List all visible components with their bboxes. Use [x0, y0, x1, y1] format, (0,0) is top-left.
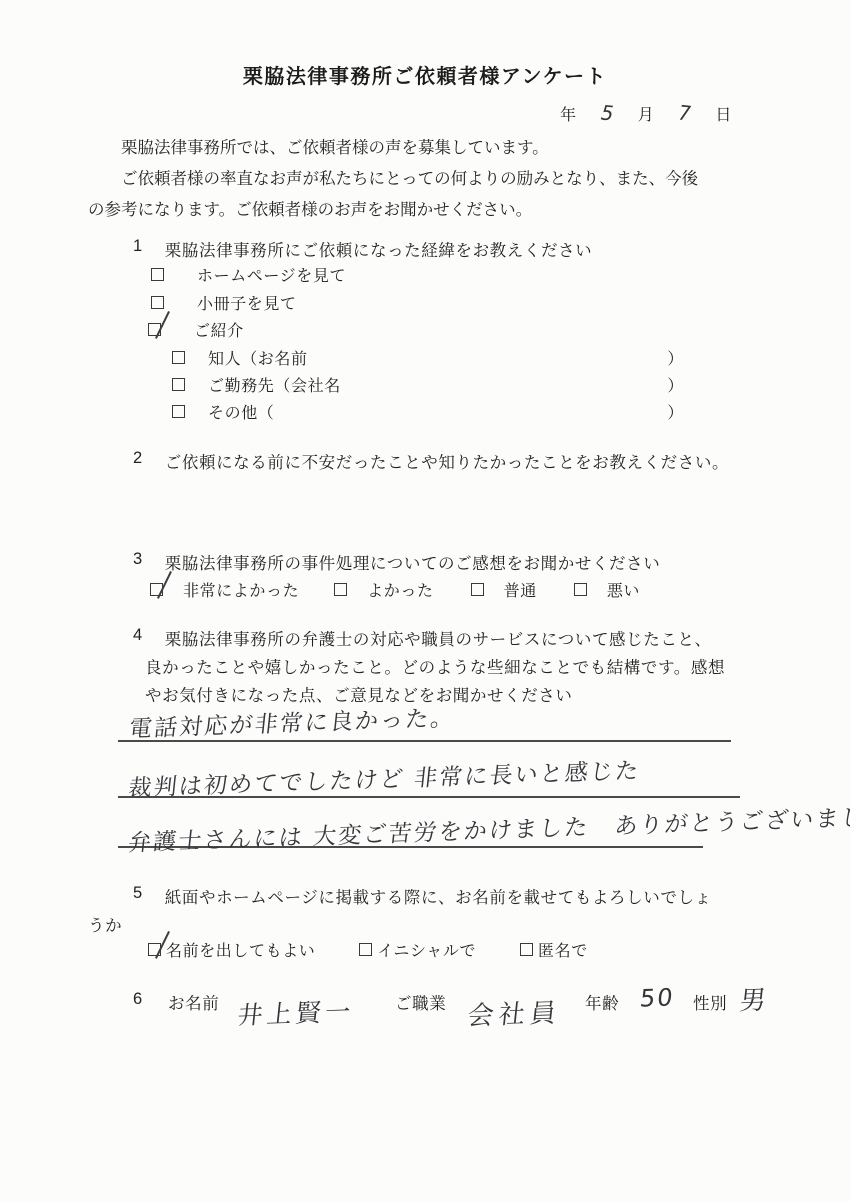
name-label: お名前 [168, 990, 219, 1014]
question-text-continued: うか [88, 912, 122, 936]
q4-answer-line-3: 弁護士さんには 大変ご苦労をかけました ありがとうございました。 [118, 804, 703, 848]
question-number: 6 [133, 990, 143, 1009]
question-number: 4 [133, 626, 143, 650]
date-year-label: 年 [560, 102, 577, 125]
option-label: イニシャルで [377, 938, 476, 961]
checkbox-unchecked [520, 943, 533, 956]
closing-paren: ） [667, 400, 684, 423]
option-label: 知人（お名前 [208, 346, 308, 369]
question-4-heading: 4 栗脇法律事務所の弁護士の対応や職員のサービスについて感じたこと、 [133, 626, 712, 650]
checkmark-icon [155, 311, 170, 339]
closing-paren: ） [667, 373, 684, 396]
handwritten-gender: 男 [738, 980, 768, 1018]
date-day-value: 7 [675, 100, 694, 125]
page-title: 栗脇法律事務所ご依頼者様アンケート [0, 60, 850, 89]
questionnaire-page: 栗脇法律事務所ご依頼者様アンケート 年 5 月 7 日 栗脇法律事務所では、ご依… [0, 0, 850, 1202]
q1-sub-option-employer: ご勤務先（会社名 ） [172, 373, 684, 395]
q4-answer-line-2: 裁判は初めてでしたけど 非常に長いと感じた [118, 754, 740, 798]
question-1-heading: 1 栗脇法律事務所にご依頼になった経緯をお教えください [133, 237, 592, 261]
question-2-heading: 2 ご依頼になる前に不安だったことや知りたかったことをお教えください。 [133, 449, 729, 473]
q1-option-booklet: 小冊子を見て [151, 291, 297, 313]
question-text: 紙面やホームページに掲載する際に、お名前を載せてもよろしいでしょ [165, 884, 712, 908]
handwritten-name: 井上賢一 [236, 992, 356, 1032]
option-label: 非常によかった [183, 578, 299, 601]
option-label: 匿名で [538, 938, 588, 961]
question-text: 栗脇法律事務所の事件処理についてのご感想をお聞かせください [165, 550, 661, 574]
age-label: 年齢 [585, 990, 619, 1014]
option-label: ホームページを見て [197, 263, 346, 286]
option-label: 名前を出してもよい [166, 938, 315, 961]
date-month-label: 月 [638, 102, 655, 125]
question-text-continued: 良かったことや嬉しかったこと。どのような些細なことでも結構です。感想 [145, 654, 725, 678]
checkbox-unchecked [151, 296, 164, 309]
option-label: 小冊子を見て [197, 291, 297, 314]
q4-answer-line-1: 電話対応が非常に良かった。 [118, 698, 731, 742]
question-5-heading: 5 紙面やホームページに掲載する際に、お名前を載せてもよろしいでしょ [133, 884, 712, 908]
option-label: その他（ [208, 400, 274, 423]
checkbox-unchecked [151, 268, 164, 281]
intro-line: 栗脇法律事務所では、ご依頼者様の声を募集しています。 [121, 133, 778, 164]
checkbox-unchecked [172, 378, 185, 391]
handwritten-answer: 裁判は初めてでしたけど 非常に長いと感じた [127, 752, 642, 803]
option-label: ご勤務先（会社名 [208, 373, 341, 396]
option-label: 悪い [607, 578, 640, 601]
gender-label: 性別 [693, 990, 727, 1014]
closing-paren: ） [667, 346, 684, 369]
checkbox-checked [150, 583, 163, 596]
question-3-heading: 3 栗脇法律事務所の事件処理についてのご感想をお聞かせください [133, 550, 660, 574]
checkbox-unchecked [574, 583, 587, 596]
intro-paragraph: 栗脇法律事務所では、ご依頼者様の声を募集しています。 ご依頼者様の率直なお声が私… [88, 133, 778, 226]
q1-option-homepage: ホームページを見て [151, 263, 346, 285]
q3-options: 非常によかった よかった 普通 悪い [150, 578, 640, 601]
question-number: 3 [133, 550, 143, 574]
question-number: 2 [133, 449, 143, 473]
q1-sub-option-acquaintance: 知人（お名前 ） [172, 346, 684, 368]
checkbox-checked [148, 943, 161, 956]
checkbox-unchecked [334, 583, 347, 596]
checkbox-unchecked [359, 943, 372, 956]
date-day-label: 日 [715, 102, 732, 125]
checkbox-unchecked [172, 351, 185, 364]
q1-sub-option-other: その他（ ） [172, 400, 684, 422]
question-number: 1 [133, 237, 143, 261]
handwritten-answer: 弁護士さんには 大変ご苦労をかけました ありがとうございました。 [127, 797, 850, 857]
checkmark-icon [157, 571, 172, 599]
handwritten-age: 50 [638, 983, 676, 1012]
question-text: 栗脇法律事務所にご依頼になった経緯をお教えください [165, 237, 593, 261]
q5-options: 名前を出してもよい イニシャルで 匿名で [148, 938, 588, 961]
intro-line: の参考になります。ご依頼者様のお声をお聞かせください。 [88, 195, 778, 226]
option-label: ご紹介 [194, 318, 244, 341]
checkbox-checked [148, 323, 161, 336]
option-label: よかった [367, 578, 433, 601]
date-line: 年 5 月 7 日 [560, 101, 732, 125]
question-number: 5 [133, 884, 143, 908]
question-text: 栗脇法律事務所の弁護士の対応や職員のサービスについて感じたこと、 [165, 626, 712, 650]
intro-line: ご依頼者様の率直なお声が私たちにとっての何よりの励みとなり、また、今後 [121, 164, 778, 195]
checkbox-unchecked [172, 405, 185, 418]
question-6-row: 6 お名前 井上賢一 ご職業 会社員 年齢 50 性別 男 [0, 980, 850, 1050]
question-text: ご依頼になる前に不安だったことや知りたかったことをお教えください。 [165, 449, 729, 473]
checkbox-unchecked [471, 583, 484, 596]
handwritten-answer: 電話対応が非常に良かった。 [128, 699, 458, 743]
option-label: 普通 [504, 578, 537, 601]
date-month-value: 5 [598, 100, 617, 125]
handwritten-job: 会社員 [466, 992, 563, 1032]
q1-option-referral: ご紹介 [148, 318, 244, 340]
job-label: ご職業 [395, 990, 446, 1014]
